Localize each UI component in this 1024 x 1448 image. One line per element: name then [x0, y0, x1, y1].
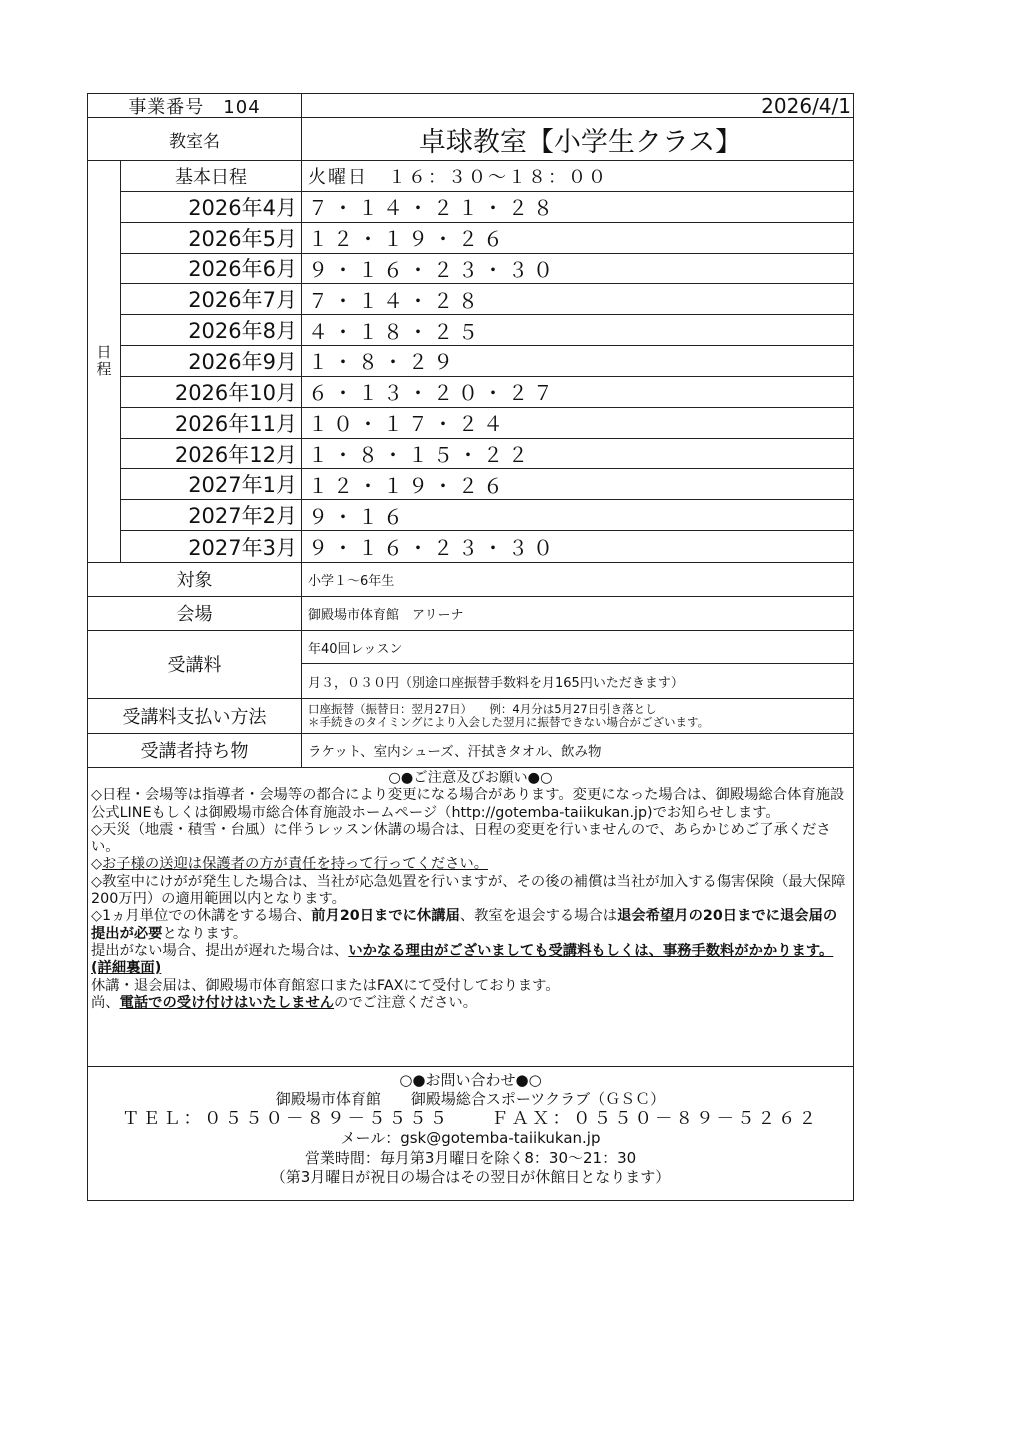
month-label: 2026年11月	[121, 408, 302, 438]
class-info-sheet: 事業番号 104 2026/4/1 教室名 卓球教室【小学生クラス】 日 程 基…	[87, 93, 854, 1201]
schedule-month-row: 2026年5月 １２・１９・２６	[121, 223, 853, 254]
note-late-submission: 提出がない場合、提出が遅れた場合は、いかなる理由がございましても受講料もしくは、…	[91, 943, 850, 978]
fee-row: 受講料 年40回レッスン 月３，０３０円（別途口座振替手数料を月165円いただき…	[88, 631, 853, 699]
venue-value: 御殿場市体育館 アリーナ	[302, 597, 853, 630]
schedule-rows: 基本日程 火曜日 １６：３０～１８：００ 2026年4月 ７・１４・２１・２８ …	[121, 161, 853, 562]
month-dates: １・８・２９	[302, 346, 853, 376]
month-dates: １２・１９・２６	[302, 469, 853, 499]
schedule-month-row: 2026年7月 ７・１４・２８	[121, 284, 853, 315]
schedule-month-row: 2026年10月 ６・１３・２０・２７	[121, 377, 853, 408]
notes-section: ○●ご注意及びお願い●○ ◇日程・会場等は指導者・会場等の都合により変更になる場…	[88, 768, 853, 1067]
month-label: 2026年4月	[121, 192, 302, 222]
payment-values: 口座振替（振替日：翌月27日） 例：4月分は5月27日引き落とし ＊手続きのタイ…	[302, 699, 853, 733]
notes-title: ○●ご注意及びお願い●○	[91, 770, 850, 787]
month-dates: ４・１８・２５	[302, 315, 853, 345]
note-schedule-change: ◇日程・会場等は指導者・会場等の都合により変更になる場合があります。変更になった…	[91, 787, 850, 822]
month-dates: ７・１４・２８	[302, 284, 853, 314]
class-name-value: 卓球教室【小学生クラス】	[302, 118, 853, 160]
note-reception: 休講・退会届は、御殿場市体育館窓口またはFAXにて受付しております。	[91, 978, 850, 995]
month-label: 2026年12月	[121, 439, 302, 469]
fee-label: 受講料	[88, 631, 302, 698]
schedule-month-row: 2026年8月 ４・１８・２５	[121, 315, 853, 346]
contact-section: ○●お問い合わせ●○ 御殿場市体育館 御殿場総合スポーツクラブ（ＧＳＣ） ＴＥＬ…	[88, 1067, 853, 1200]
class-name-label: 教室名	[88, 118, 302, 160]
contact-phones: ＴＥＬ：０５５０－８９－５５５５ ＦＡＸ：０５５０－８９－５２６２	[88, 1109, 853, 1129]
basic-schedule-label: 基本日程	[121, 161, 302, 191]
month-dates: ６・１３・２０・２７	[302, 377, 853, 407]
belongings-label: 受講者持ち物	[88, 734, 302, 767]
schedule-month-row: 2026年12月 １・８・１５・２２	[121, 439, 853, 470]
target-label: 対象	[88, 563, 302, 596]
venue-row: 会場 御殿場市体育館 アリーナ	[88, 597, 853, 631]
fee-lessons: 年40回レッスン	[302, 631, 853, 665]
month-dates: １２・１９・２６	[302, 223, 853, 253]
note-suspension: ◇1ヵ月単位での休講をする場合、前月20日までに休講届、教室を退会する場合は退会…	[91, 908, 850, 943]
month-dates: ９・１６・２３・３０	[302, 254, 853, 284]
month-label: 2026年9月	[121, 346, 302, 376]
target-value: 小学１～6年生	[302, 563, 853, 596]
schedule-month-row: 2027年3月 ９・１６・２３・３０	[121, 531, 853, 562]
month-label: 2026年5月	[121, 223, 302, 253]
schedule-month-row: 2026年6月 ９・１６・２３・３０	[121, 254, 853, 285]
issue-date: 2026/4/1	[302, 94, 853, 117]
month-label: 2026年6月	[121, 254, 302, 284]
month-label: 2026年7月	[121, 284, 302, 314]
business-number: 事業番号 104	[88, 94, 302, 117]
month-label: 2027年2月	[121, 500, 302, 530]
month-label: 2026年10月	[121, 377, 302, 407]
fee-amount: 月３，０３０円（別途口座振替手数料を月165円いただきます）	[302, 664, 853, 698]
schedule-month-row: 2027年1月 １２・１９・２６	[121, 469, 853, 500]
venue-label: 会場	[88, 597, 302, 630]
month-dates: ９・１６	[302, 500, 853, 530]
schedule-section: 日 程 基本日程 火曜日 １６：３０～１８：００ 2026年4月 ７・１４・２１…	[88, 161, 853, 563]
payment-label: 受講料支払い方法	[88, 699, 302, 733]
month-dates: １０・１７・２４	[302, 408, 853, 438]
schedule-month-row: 2027年2月 ９・１６	[121, 500, 853, 531]
month-dates: １・８・１５・２２	[302, 439, 853, 469]
contact-email: メール：gsk@gotemba-taiikukan.jp	[88, 1129, 853, 1148]
schedule-month-row: 2026年11月 １０・１７・２４	[121, 408, 853, 439]
note-injury: ◇教室中にけがが発生した場合は、当社が応急処置を行いますが、その後の補償は当社が…	[91, 874, 850, 909]
contact-orgs: 御殿場市体育館 御殿場総合スポーツクラブ（ＧＳＣ）	[88, 1090, 853, 1109]
payment-line-2: ＊手続きのタイミングにより入会した翌月に振替できない場合がございます。	[308, 716, 853, 729]
note-no-phone: 尚、電話での受け付けはいたしませんのでご注意ください。	[91, 995, 850, 1012]
class-name-row: 教室名 卓球教室【小学生クラス】	[88, 118, 853, 161]
belongings-row: 受講者持ち物 ラケット、室内シューズ、汗拭きタオル、飲み物	[88, 734, 853, 768]
schedule-month-row: 2026年9月 １・８・２９	[121, 346, 853, 377]
belongings-value: ラケット、室内シューズ、汗拭きタオル、飲み物	[302, 734, 853, 767]
month-label: 2027年1月	[121, 469, 302, 499]
schedule-month-row: 2026年4月 ７・１４・２１・２８	[121, 192, 853, 223]
month-label: 2027年3月	[121, 531, 302, 562]
contact-hours-note: （第3月曜日が祝日の場合はその翌日が休館日となります）	[88, 1168, 853, 1187]
note-disaster: ◇天災（地震・積雪・台風）に伴うレッスン休講の場合は、日程の変更を行いませんので…	[91, 822, 850, 857]
contact-hours: 営業時間：毎月第3月曜日を除く8：30～21：30	[88, 1149, 853, 1168]
fee-values: 年40回レッスン 月３，０３０円（別途口座振替手数料を月165円いただきます）	[302, 631, 853, 698]
month-dates: ９・１６・２３・３０	[302, 531, 853, 562]
header-row: 事業番号 104 2026/4/1	[88, 94, 853, 118]
target-row: 対象 小学１～6年生	[88, 563, 853, 597]
month-dates: ７・１４・２１・２８	[302, 192, 853, 222]
note-pickup: ◇お子様の送迎は保護者の方が責任を持って行ってください。	[91, 856, 850, 873]
contact-title: ○●お問い合わせ●○	[88, 1071, 853, 1090]
basic-schedule-row: 基本日程 火曜日 １６：３０～１８：００	[121, 161, 853, 192]
month-label: 2026年8月	[121, 315, 302, 345]
schedule-side-label: 日 程	[88, 161, 121, 562]
basic-schedule-value: 火曜日 １６：３０～１８：００	[302, 161, 853, 191]
payment-row: 受講料支払い方法 口座振替（振替日：翌月27日） 例：4月分は5月27日引き落と…	[88, 699, 853, 734]
